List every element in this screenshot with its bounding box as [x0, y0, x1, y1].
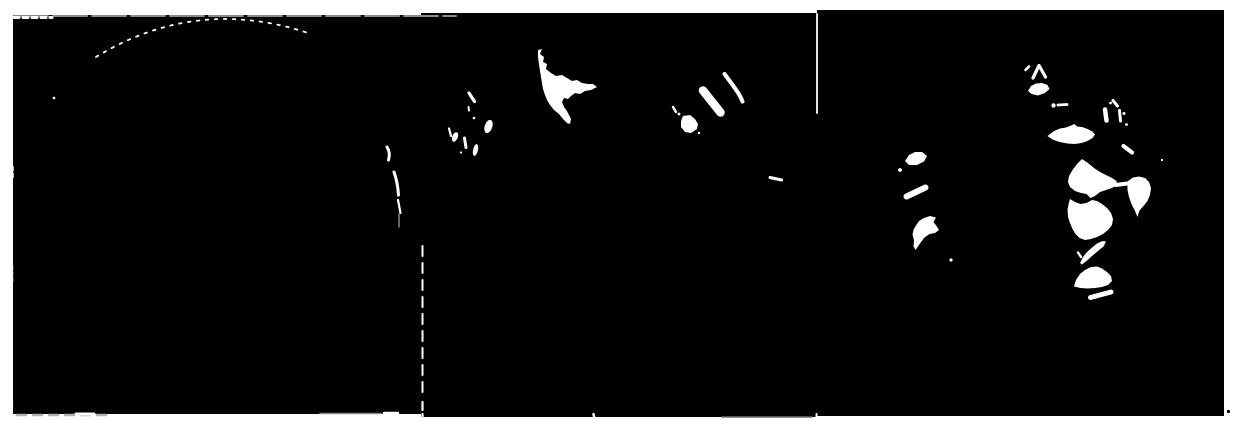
blob-bridge [1116, 184, 1127, 186]
white-speck [53, 97, 56, 100]
tcluster-dot-2 [1123, 112, 1126, 115]
speck-dot-2 [460, 151, 462, 153]
speck-dash-2 [469, 107, 470, 111]
fuzzy-speck-3 [698, 132, 700, 134]
figure-svg [0, 0, 1239, 430]
dash-dot [1051, 103, 1055, 107]
tcluster-dot-3 [1125, 123, 1128, 126]
tcluster-dash [1120, 111, 1121, 122]
left-dot [949, 258, 952, 261]
mask-panel-left [13, 15, 422, 414]
mask-panel-middle [421, 13, 817, 417]
bottom-tick [594, 414, 595, 420]
tcluster-dot-1 [1109, 102, 1112, 105]
artifacts-layer [1227, 410, 1230, 413]
page-dot [1227, 410, 1230, 413]
speck-dot-1 [473, 117, 476, 120]
fuzzy-speck-2 [678, 113, 681, 116]
tcluster-bar [1105, 110, 1107, 121]
dash-small [1058, 105, 1067, 106]
tiny-dot-right [1161, 159, 1163, 161]
speck-dash-4 [465, 138, 467, 148]
quad-dot [898, 168, 902, 172]
figure [0, 0, 1239, 430]
mask-panel-right [817, 10, 1224, 416]
